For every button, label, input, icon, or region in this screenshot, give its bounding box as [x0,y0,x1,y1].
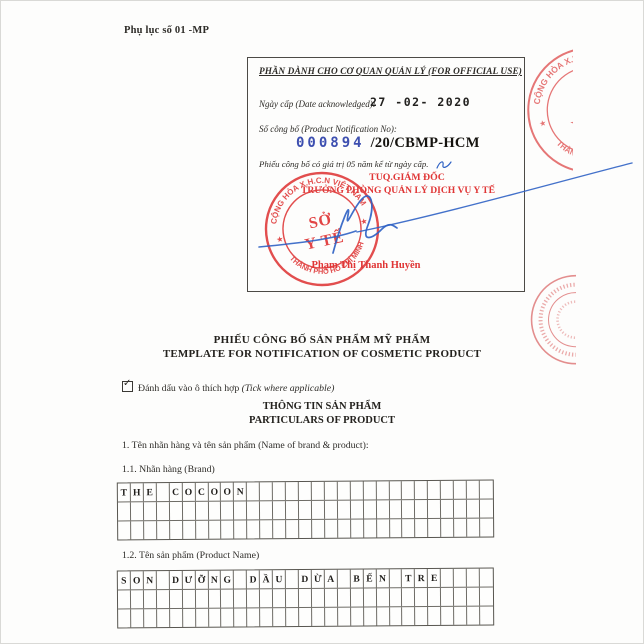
grid-cell [157,609,170,627]
grid-cell [222,521,235,539]
partial-round-stamp-top-right: CỘNG HÒA X.H.C.N VIỆT NAM THÀNH PHỐ HỒ C… [521,43,573,177]
stamp-center-line1: SỞ [307,209,334,232]
official-use-title: PHẦN DÀNH CHO CƠ QUAN QUẢN LÝ (FOR OFFIC… [259,67,522,77]
grid-cell [441,588,454,606]
grid-cell [428,500,441,518]
notification-number-label: Số công bố (Product Notification No): [259,124,397,134]
grid-cell [467,607,480,625]
grid-cell: G [221,571,234,589]
grid-cell [234,570,247,588]
grid-cell [222,609,235,627]
grid-cell [441,569,454,587]
grid-cell [260,608,273,626]
grid-cell [157,502,170,520]
grid-cell [389,569,402,587]
grid-cell: Ế [363,569,376,587]
grid-cell [377,607,390,625]
grid-cell [312,589,325,607]
grid-cell [377,500,390,518]
grid-cell [144,609,157,627]
grid-cell [247,608,260,626]
grid-cell [312,520,325,538]
grid-cell: Ư [182,571,195,589]
grid-cell [428,519,441,537]
grid-cell [389,588,402,606]
grid-cell [441,607,454,625]
grid-cell [351,589,364,607]
grid-cell [415,481,428,499]
svg-text:SỞ: SỞ [572,88,573,114]
grid-cell [467,588,480,606]
grid-cell: O [221,483,234,501]
grid-cell [454,500,467,518]
grid-cell: Ừ [312,570,325,588]
form-title-english: TEMPLATE FOR NOTIFICATION OF COSMETIC PR… [1,348,643,360]
grid-cell [325,520,338,538]
grid-cell [247,501,260,519]
grid-cell [234,608,247,626]
grid-cell: C [195,483,208,501]
grid-cell [286,570,299,588]
grid-cell [183,609,196,627]
grid-row: SONDƯỠNGDẦUDỪABẾNTRE [118,569,493,590]
grid-cell [299,589,312,607]
scanned-document-page: Phụ lục số 01 -MP PHẦN DÀNH CHO CƠ QUAN … [0,0,644,644]
date-stamp: 27 -02- 2020 [370,95,471,109]
grid-cell [157,590,170,608]
grid-cell [234,520,247,538]
grid-cell [234,501,247,519]
grid-cell [208,502,221,520]
appendix-label: Phụ lục số 01 -MP [124,25,209,36]
grid-cell [118,502,131,520]
grid-cell [415,607,428,625]
brand-name-grid: THECOCOON [117,480,494,541]
stamp-star-right: ★ [360,216,369,226]
svg-text:★: ★ [538,118,547,128]
grid-cell [260,482,273,500]
grid-cell [118,609,131,627]
grid-cell [247,482,260,500]
grid-cell [441,519,454,537]
tick-where-applicable-line: ✓Đánh dấu vào ô thích hợp (Tick where ap… [122,380,334,394]
grid-cell: N [376,569,389,587]
grid-cell: O [208,483,221,501]
grid-cell [273,501,286,519]
signer-name: Phạm Thị Thanh Huyền [288,260,444,271]
grid-cell [299,520,312,538]
grid-cell [273,589,286,607]
notification-number-stamp: 000894 [296,135,365,151]
grid-cell: O [131,571,144,589]
grid-cell [403,607,416,625]
grid-cell: R [415,569,428,587]
grid-cell: N [208,571,221,589]
grid-cell [260,501,273,519]
grid-cell [364,500,377,518]
grid-cell [338,589,351,607]
grid-cell [221,502,234,520]
grid-cell: O [182,483,195,501]
grid-cell [286,501,299,519]
grid-cell [273,520,286,538]
grid-cell [286,520,299,538]
grid-row [118,606,493,628]
grid-cell: D [299,570,312,588]
grid-cell [144,590,157,608]
grid-cell [196,590,209,608]
grid-cell [402,588,415,606]
grid-cell [299,501,312,519]
grid-cell: S [118,571,131,589]
grid-cell [144,502,157,520]
grid-cell: N [234,482,247,500]
grid-cell: T [118,483,131,501]
grid-cell [454,588,467,606]
grid-cell [402,500,415,518]
product-name-grid: SONDƯỠNGDẦUDỪABẾNTRE [117,568,494,629]
grid-cell [377,519,390,537]
grid-cell [480,500,493,518]
grid-cell [208,590,221,608]
grid-cell [454,481,467,499]
grid-cell [183,590,196,608]
grid-cell: U [273,570,286,588]
grid-row [118,518,493,540]
grid-cell [273,482,286,500]
handwritten-initial [435,159,453,170]
grid-cell [377,588,390,606]
grid-cell [118,590,131,608]
applicable-checkbox: ✓ [122,381,133,392]
grid-cell [467,569,480,587]
item1-label: 1. Tên nhãn hàng và tên sản phẩm (Name o… [122,440,369,451]
grid-cell [247,589,260,607]
grid-cell [351,482,364,500]
grid-cell [131,521,144,539]
grid-row [118,499,493,521]
grid-cell [389,481,402,499]
grid-cell [118,521,131,539]
grid-cell [325,501,338,519]
grid-cell [415,519,428,537]
grid-cell [183,521,196,539]
grid-cell [428,481,441,499]
grid-cell [247,520,260,538]
grid-cell [196,502,209,520]
grid-cell [441,481,454,499]
grid-cell [312,482,325,500]
grid-cell [131,609,144,627]
grid-cell: E [144,483,157,501]
grid-cell [415,588,428,606]
grid-cell [338,520,351,538]
grid-cell: A [325,570,338,588]
grid-cell [480,588,493,606]
grid-cell [338,501,351,519]
grid-cell [325,608,338,626]
grid-cell [480,519,493,537]
grid-cell [351,520,364,538]
grid-cell: T [402,569,415,587]
grid-cell [363,481,376,499]
grid-cell [196,521,209,539]
grid-cell [389,500,402,518]
grid-cell [157,521,170,539]
grid-cell [286,589,299,607]
grid-cell [467,500,480,518]
grid-cell [390,519,403,537]
grid-cell [144,521,157,539]
grid-cell [454,607,467,625]
grid-cell [376,481,389,499]
grid-cell: N [144,571,157,589]
grid-cell [390,607,403,625]
grid-cell [428,588,441,606]
form-title-vietnamese: PHIẾU CÔNG BỐ SẢN PHẨM MỸ PHẨM [1,334,643,346]
grid-cell: Ỡ [195,571,208,589]
grid-cell: B [351,570,364,588]
grid-cell [286,482,299,500]
grid-cell [196,609,209,627]
grid-cell [351,608,364,626]
grid-cell: D [170,571,183,589]
grid-cell [364,519,377,537]
grid-cell [286,608,299,626]
grid-cell [454,519,467,537]
grid-cell: H [131,483,144,501]
grid-cell [170,609,183,627]
notification-number-row: 000894 /20/CBMP-HCM [296,134,480,152]
grid-cell [312,608,325,626]
grid-cell [325,589,338,607]
grid-cell [364,607,377,625]
grid-cell [312,501,325,519]
grid-cell [260,589,273,607]
grid-cell: Ầ [260,570,273,588]
item1-2-product-name-label: 1.2. Tên sản phẩm (Product Name) [122,550,259,561]
grid-cell [480,481,493,499]
checkmark-icon: ✓ [123,379,131,389]
section-title-english: PARTICULARS OF PRODUCT [1,415,643,426]
grid-cell [221,590,234,608]
stamp-center-line2: Y TẾ [303,227,346,254]
grid-row [118,587,493,609]
grid-cell: C [170,483,183,501]
notification-number-suffix: /20/CBMP-HCM [371,135,480,151]
grid-cell: E [428,569,441,587]
stamp-star-left: ★ [275,234,284,244]
so-y-te-round-stamp: CỘNG HÒA X.H.C.N VIỆT NAM THÀNH PHỐ HỒ C… [251,158,393,300]
grid-cell [415,500,428,518]
grid-cell [480,607,493,625]
grid-cell [325,482,338,500]
grid-cell [467,481,480,499]
grid-cell [170,502,183,520]
date-acknowledged-label: Ngày cấp (Date acknowledged): [259,99,376,109]
grid-cell [299,482,312,500]
grid-cell [441,500,454,518]
grid-cell [299,608,312,626]
grid-cell [338,570,351,588]
grid-cell [364,588,377,606]
grid-cell [467,519,480,537]
grid-cell: D [247,570,260,588]
grid-cell [131,502,144,520]
item1-1-brand-label: 1.1. Nhãn hàng (Brand) [122,464,215,475]
grid-cell [480,569,493,587]
official-use-box: PHẦN DÀNH CHO CƠ QUAN QUẢN LÝ (FOR OFFIC… [247,57,525,292]
grid-cell [131,590,144,608]
grid-cell [454,569,467,587]
grid-cell [338,482,351,500]
grid-cell [209,609,222,627]
grid-row: THECOCOON [118,481,493,502]
grid-cell [170,590,183,608]
svg-text:Y TẾ: Y TẾ [569,108,573,138]
section-title-vietnamese: THÔNG TIN SẢN PHẨM [1,401,643,412]
grid-cell [351,501,364,519]
grid-cell [403,519,416,537]
grid-cell [183,502,196,520]
grid-cell [273,608,286,626]
grid-cell [428,607,441,625]
grid-cell [170,521,183,539]
grid-cell [157,483,170,501]
grid-cell [402,481,415,499]
grid-cell [157,571,170,589]
grid-cell [260,520,273,538]
grid-cell [338,608,351,626]
grid-cell [209,521,222,539]
grid-cell [234,589,247,607]
